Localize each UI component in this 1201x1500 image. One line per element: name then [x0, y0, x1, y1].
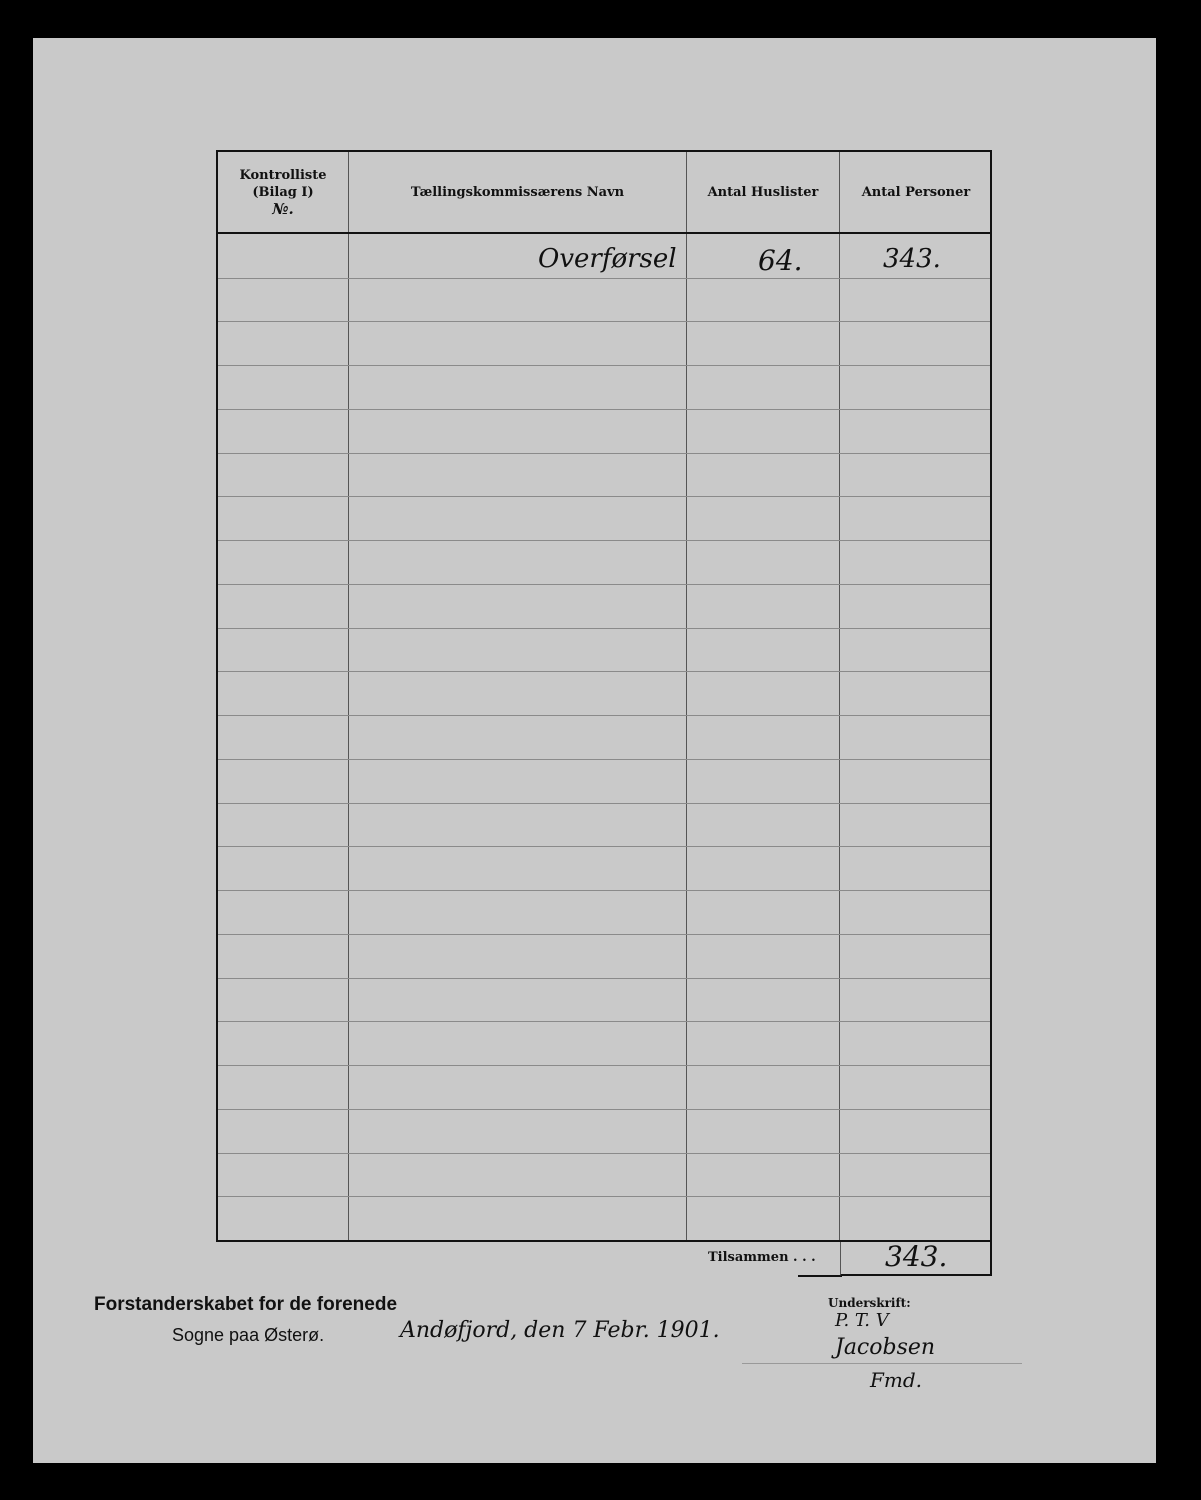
header-text: Antal Huslister — [708, 184, 819, 201]
header-huslister: Antal Huslister — [687, 152, 839, 232]
row-1-name: Overførsel — [538, 244, 677, 274]
row-line — [218, 1153, 990, 1154]
signature-rule — [742, 1363, 1022, 1364]
row-line — [218, 278, 990, 279]
column-divider — [839, 152, 840, 1240]
row-line — [218, 584, 990, 585]
row-line — [218, 1021, 990, 1022]
signature-line-1: P. T. V — [835, 1310, 889, 1331]
row-line — [218, 321, 990, 322]
row-line — [218, 978, 990, 979]
header-name: Tællingskommissærens Navn — [349, 152, 686, 232]
row-line — [218, 934, 990, 935]
row-line — [218, 409, 990, 410]
column-divider — [348, 152, 349, 1240]
row-line — [218, 628, 990, 629]
header-text: Tællingskommissærens Navn — [411, 184, 624, 201]
row-line — [218, 365, 990, 366]
header-divider — [218, 232, 990, 234]
header-text: (Bilag I) — [252, 184, 313, 201]
total-value: 343. — [885, 1240, 947, 1273]
signature-line-2: Jacobsen — [835, 1335, 935, 1360]
header-personer: Antal Personer — [840, 152, 992, 232]
row-line — [218, 671, 990, 672]
row-line — [218, 540, 990, 541]
row-line — [218, 890, 990, 891]
header-kontrolliste: Kontrolliste (Bilag I) №. — [218, 152, 348, 232]
signature-line-3: Fmd. — [870, 1368, 922, 1392]
signature-label: Underskrift: — [828, 1296, 911, 1310]
total-underline — [798, 1275, 842, 1277]
row-line — [218, 759, 990, 760]
row-line — [218, 453, 990, 454]
header-text: Kontrolliste — [239, 167, 326, 184]
row-line — [218, 496, 990, 497]
footer-parish: Sogne paa Østerø. — [172, 1325, 324, 1346]
row-1-personer: 343. — [883, 244, 941, 274]
number-sign: №. — [272, 201, 294, 218]
column-divider — [686, 152, 687, 1240]
row-line — [218, 803, 990, 804]
census-table: Kontrolliste (Bilag I) №. Tællingskommis… — [216, 150, 992, 1242]
place-date: Andøfjord, den 7 Febr. 1901. — [400, 1318, 720, 1343]
row-line — [218, 846, 990, 847]
row-line — [218, 715, 990, 716]
row-line — [218, 1109, 990, 1110]
row-line — [218, 1065, 990, 1066]
total-label: Tilsammen . . . — [708, 1250, 816, 1265]
row-line — [218, 1196, 990, 1197]
footer-authority: Forstanderskabet for de forenede — [94, 1294, 397, 1316]
header-text: Antal Personer — [862, 184, 971, 201]
total-box: 343. — [840, 1242, 992, 1276]
row-1-huslister: 64. — [758, 244, 803, 277]
